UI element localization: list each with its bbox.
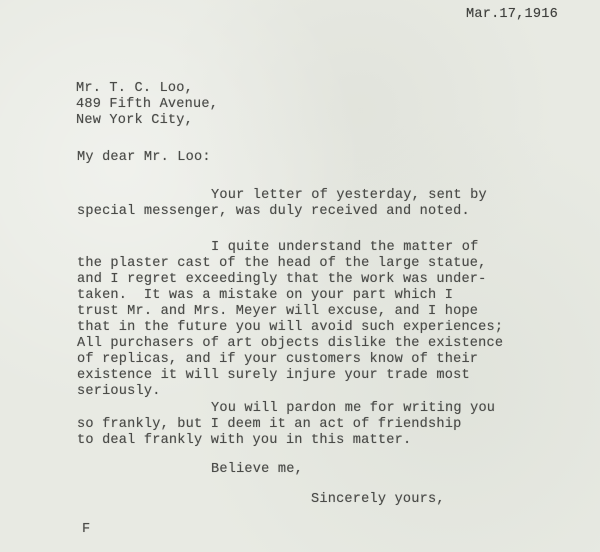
paragraph-2-line: All purchasers of art objects dislike th… bbox=[77, 336, 503, 351]
paragraph-2-line: seriously. bbox=[77, 384, 161, 399]
salutation: My dear Mr. Loo: bbox=[77, 150, 211, 165]
paragraph-2-line: existence it will surely injure your tra… bbox=[77, 368, 470, 383]
paragraph-1-line: Your letter of yesterday, sent by bbox=[211, 188, 487, 203]
sender-initial: F bbox=[82, 522, 90, 537]
paragraph-3-line: You will pardon me for writing you bbox=[211, 401, 495, 416]
paragraph-2-line: trust Mr. and Mrs. Meyer will excuse, an… bbox=[77, 304, 478, 319]
paragraph-1-line: special messenger, was duly received and… bbox=[77, 204, 470, 219]
paragraph-2-line: of replicas, and if your customers know … bbox=[77, 352, 478, 367]
paragraph-2-line: the plaster cast of the head of the larg… bbox=[77, 256, 487, 271]
closing-phrase: Believe me, bbox=[211, 462, 303, 477]
recipient-street: 489 Fifth Avenue, bbox=[76, 97, 218, 112]
recipient-city: New York City, bbox=[76, 113, 193, 128]
paragraph-2-line: and I regret exceedingly that the work w… bbox=[77, 272, 487, 287]
paragraph-2-line: taken. It was a mistake on your part whi… bbox=[77, 288, 453, 303]
paragraph-2-line: I quite understand the matter of bbox=[211, 240, 478, 255]
letter-page: Mar.17,1916 Mr. T. C. Loo, 489 Fifth Ave… bbox=[0, 0, 600, 552]
letter-date: Mar.17,1916 bbox=[466, 7, 558, 22]
recipient-name: Mr. T. C. Loo, bbox=[76, 81, 193, 96]
paragraph-3-line: so frankly, but I deem it an act of frie… bbox=[77, 417, 461, 432]
paragraph-2-line: that in the future you will avoid such e… bbox=[77, 320, 503, 335]
complimentary-close: Sincerely yours, bbox=[311, 492, 445, 507]
paragraph-3-line: to deal frankly with you in this matter. bbox=[77, 433, 411, 448]
